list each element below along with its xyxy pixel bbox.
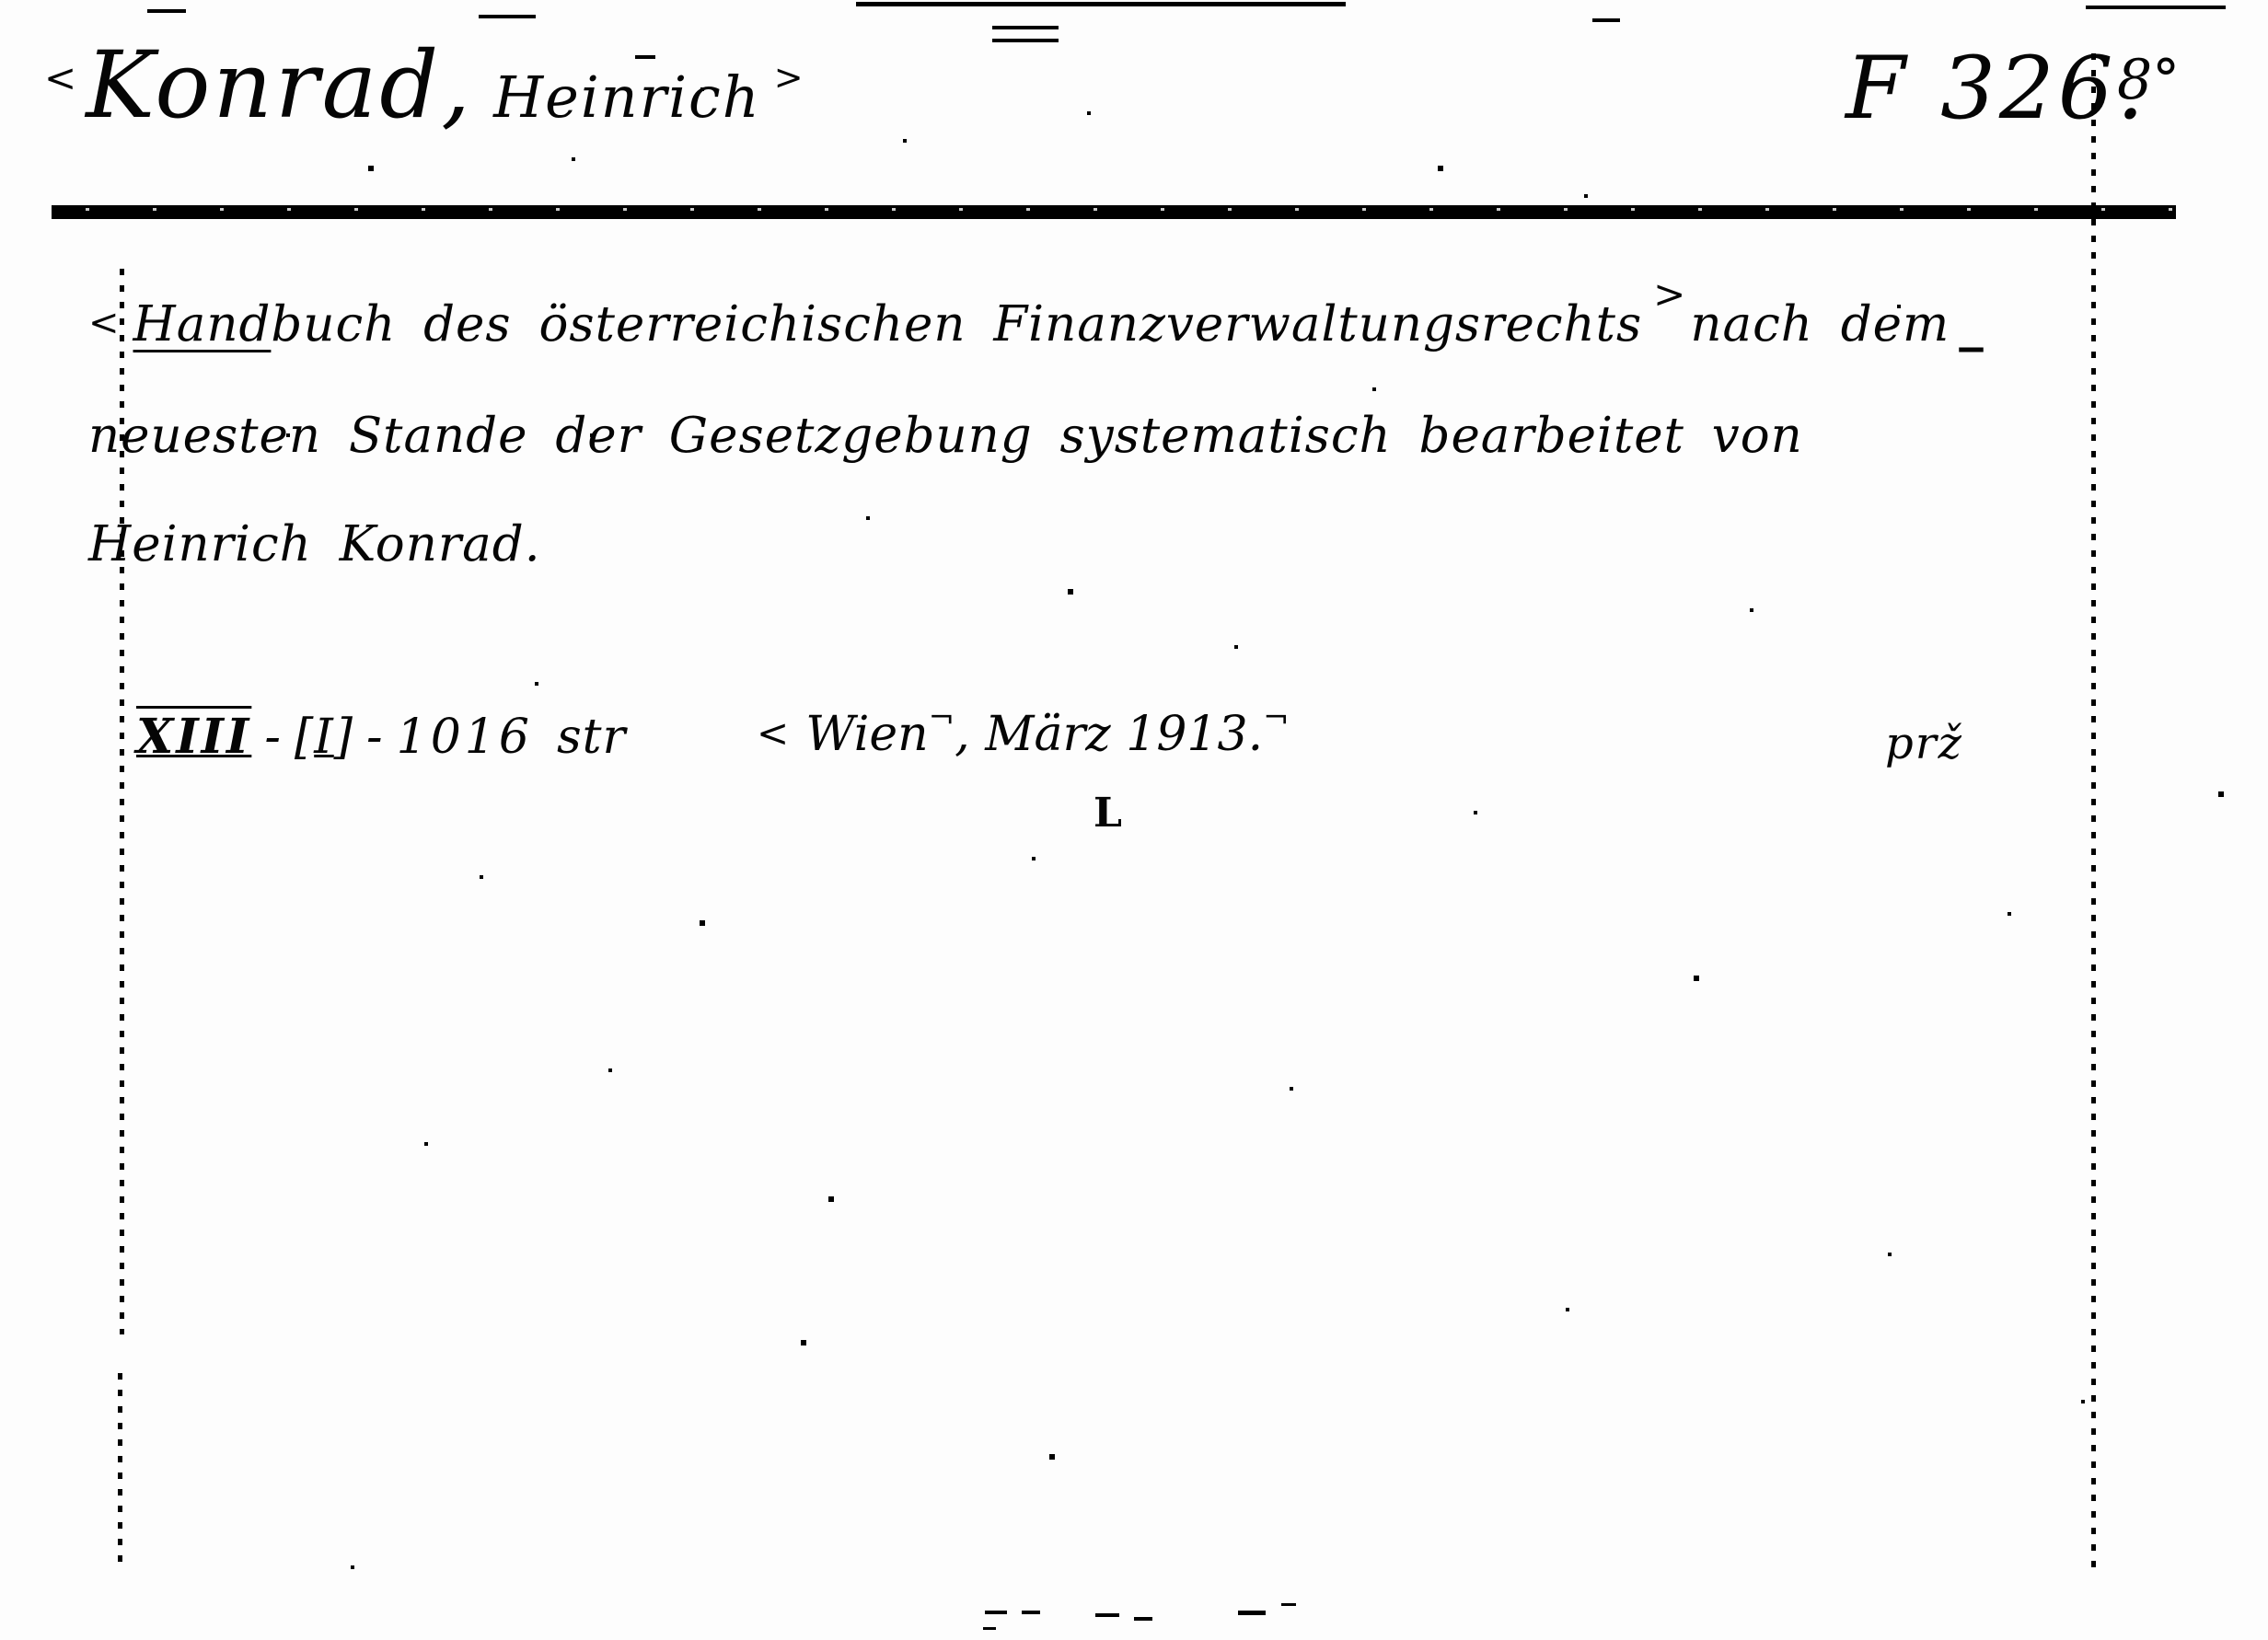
title-line-3: Heinrich Konrad. [88,491,1984,599]
scan-artifact [992,26,1059,29]
scan-artifact [992,39,1059,42]
cataloguer-initials: prž [1885,718,1963,769]
scan-artifact [1238,1611,1266,1615]
title-line-2: neuesten Stande der Gesetzgebung systema… [88,382,1984,491]
heading-open-mark: < [44,55,76,100]
heading-entry: <Konrad,Heinrich> [44,31,804,139]
heading-surname: Konrad, [86,31,473,139]
continuation-mark: _ [1959,295,1984,352]
scan-artifact [479,15,536,18]
call-number: XIII-[I]-1016str [136,709,626,765]
call-number-dash: - [366,710,384,765]
shelfmark: F 326. [1846,39,2147,139]
insertion-mark: > [1653,240,1686,349]
scan-artifact [983,1627,996,1630]
format-notation: 8° [2117,48,2180,112]
scan-artifact [856,2,1346,6]
imprint-place: Wien [805,707,928,762]
call-number-roman: XIII [136,709,251,765]
title-block: <Handbuch des österreichischen Finanzver… [88,269,1984,599]
scan-artifact [1095,1613,1119,1617]
imprint: <Wien¬, März 1913.¬ [757,707,1290,762]
imprint-comma: , [955,707,970,762]
title-line1-rest: buch des österreichischen Finanzverwaltu… [271,296,1642,352]
imprint-open-mark: < [757,710,789,756]
scan-artifact [1592,18,1620,22]
scan-artifact [147,9,186,13]
imprint-corner-mark: L [1093,790,1122,837]
imprint-date: März 1913. [970,707,1263,762]
scan-artifact [2086,6,2226,9]
scan-artifact [985,1611,1007,1614]
scan-artifact [1022,1611,1040,1614]
imprint-half-bracket: ¬ [1263,699,1290,736]
heading-close-mark: > [774,57,804,98]
scan-artifact [1134,1617,1152,1621]
title-open-mark: < [88,302,121,344]
call-number-suffix: str [557,710,626,765]
scan-artifact [1281,1603,1296,1606]
noise-speckles [0,0,2,2]
catalog-card: <Konrad,Heinrich> F 326. 8° <Handbuch de… [0,0,2268,1640]
call-number-volume: I [314,710,334,765]
imprint-half-bracket: ¬ [929,699,955,736]
title-word-underlined: Hand [133,296,272,352]
header-rule [52,205,2176,219]
bracket-close: ] [334,710,353,765]
left-margin-dotted-line [118,1373,122,1565]
title-line-1: <Handbuch des österreichischen Finanzver… [88,269,1984,382]
title-line1-tail: nach dem [1690,296,1950,352]
heading-forename: Heinrich [493,64,761,131]
right-margin-dotted-line [2091,53,2096,1570]
bracket-open: [ [295,710,314,765]
call-number-number: 1016 [397,710,533,765]
call-number-dash: - [264,710,282,765]
